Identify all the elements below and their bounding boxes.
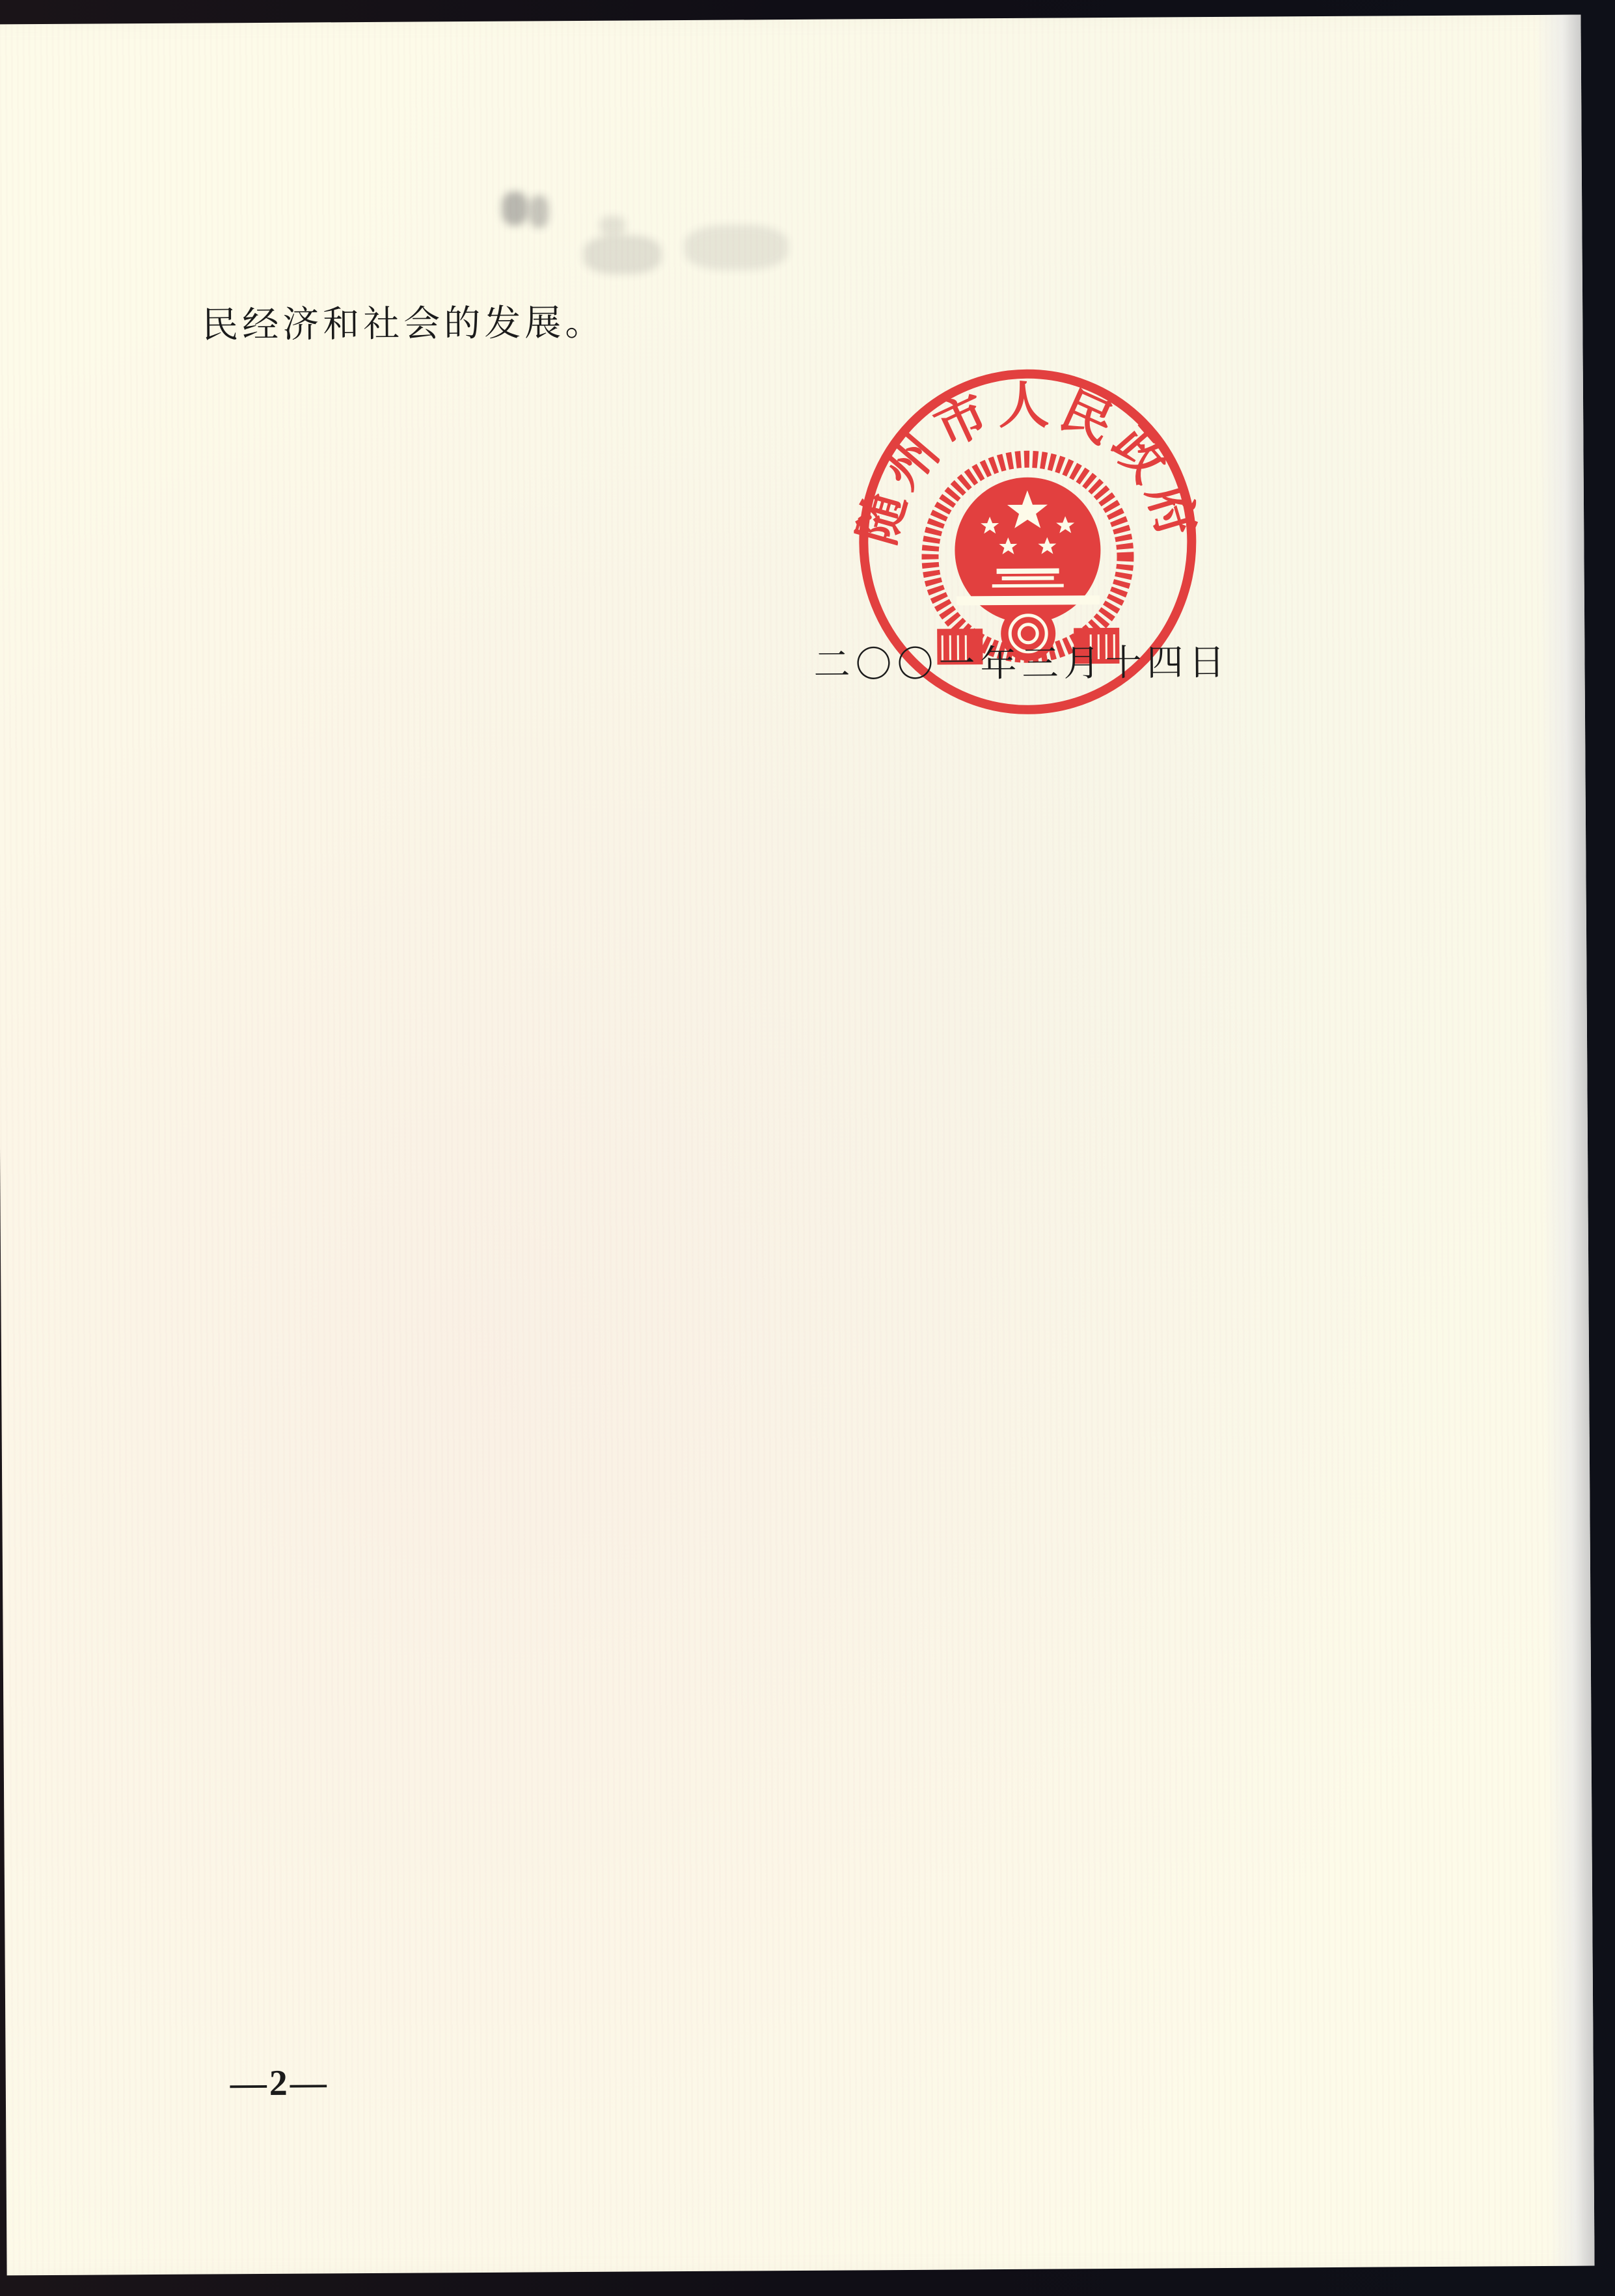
page-number: —2— bbox=[230, 2062, 329, 2104]
body-text-fragment: 民经济和社会的发展。 bbox=[202, 294, 605, 349]
document-page: 民经济和社会的发展。 随州市人民政府 bbox=[0, 15, 1595, 2276]
ink-smudge bbox=[684, 224, 788, 271]
ink-smudge bbox=[599, 216, 625, 236]
document-date: 二〇〇一年三月十四日 bbox=[813, 634, 1230, 688]
ink-smudge bbox=[583, 235, 661, 275]
ink-smudge bbox=[502, 191, 528, 225]
ink-smudge bbox=[529, 195, 549, 228]
